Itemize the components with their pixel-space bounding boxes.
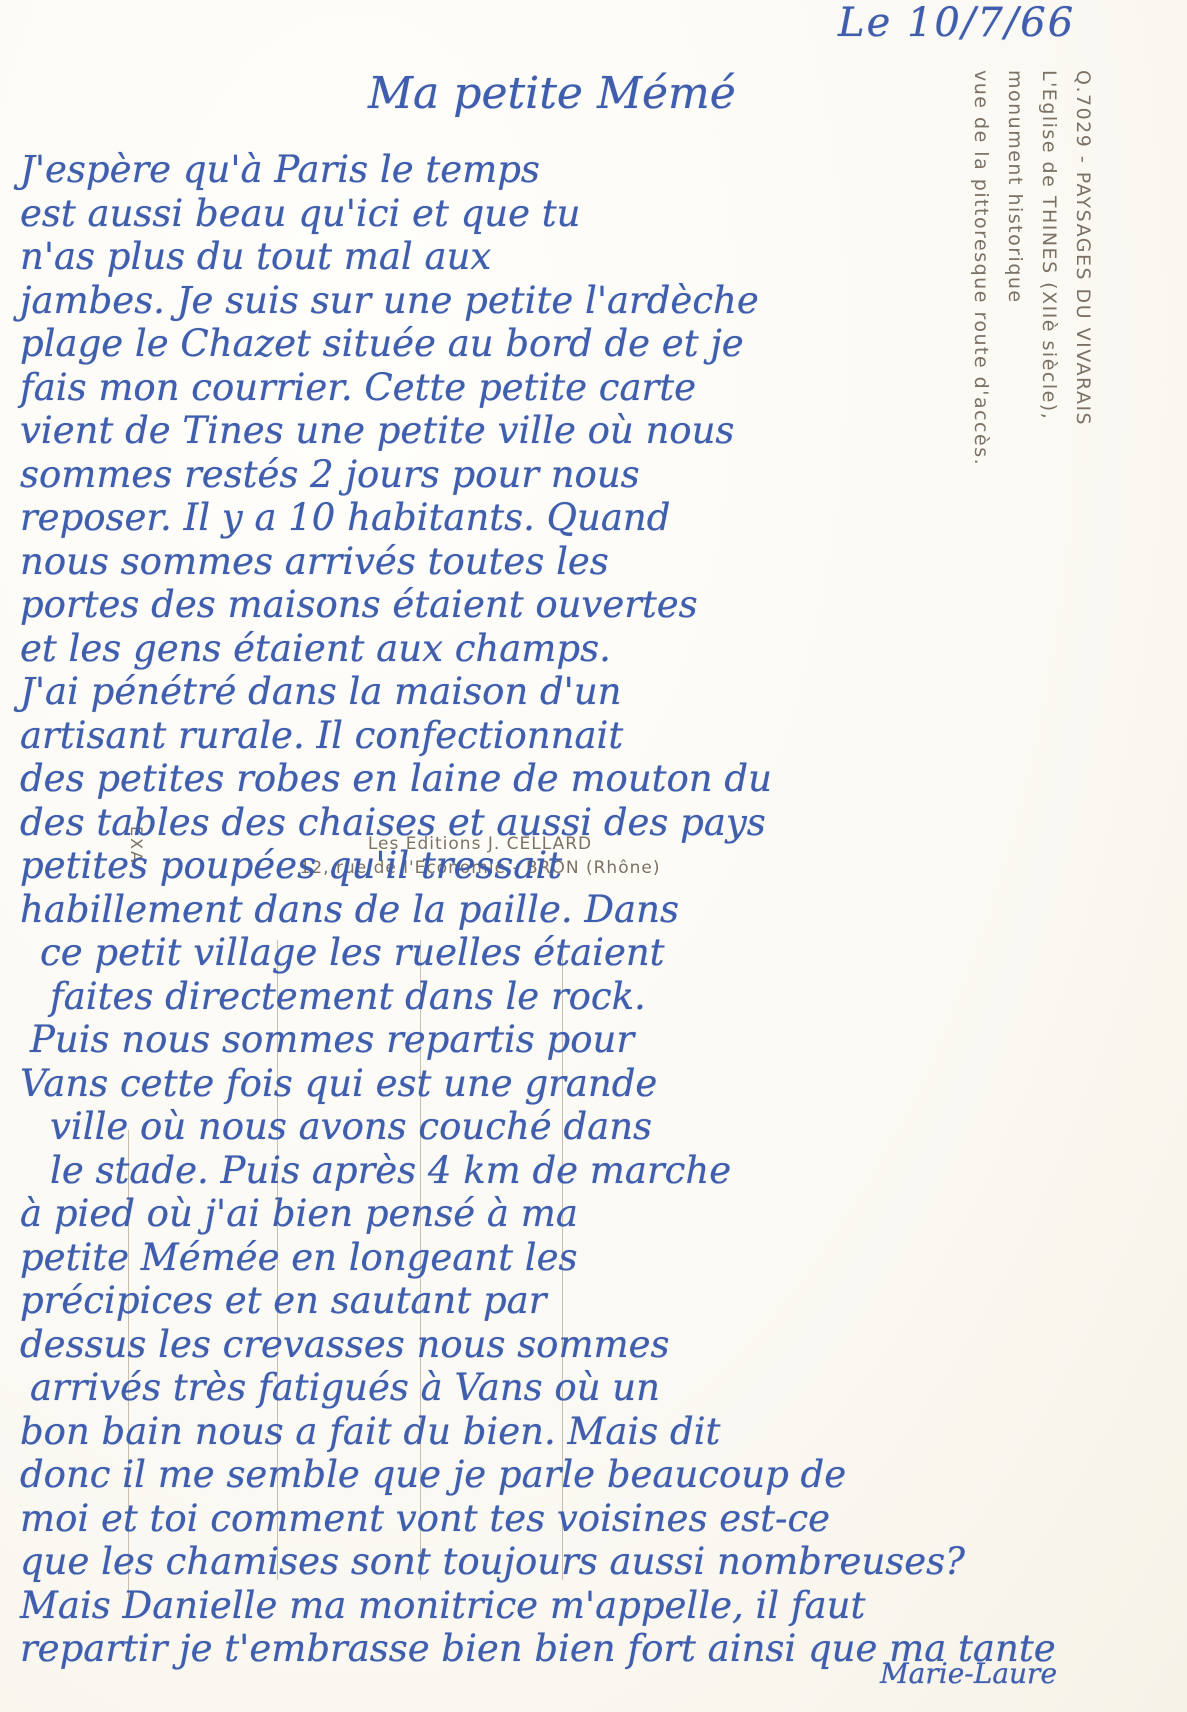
body-line: reposer. Il y a 10 habitants. Quand — [20, 496, 670, 539]
body-line: petites poupées qu'il tressait — [20, 844, 562, 887]
body-line: vient de Tines une petite ville où nous — [20, 409, 734, 452]
body-line: Puis nous sommes repartis pour — [30, 1018, 634, 1061]
body-line: que les chamises sont toujours aussi nom… — [20, 1540, 965, 1583]
signature: Marie-Laure — [880, 1657, 1057, 1690]
body-line: Mais Danielle ma monitrice m'appelle, il… — [20, 1584, 865, 1627]
body-line: et les gens étaient aux champs. — [20, 627, 611, 670]
caption-line: monument historique — [998, 70, 1032, 590]
body-line: J'ai pénétré dans la maison d'un — [20, 670, 622, 713]
body-line: précipices et en sautant par — [20, 1279, 546, 1322]
body-line: le stade. Puis après 4 km de marche — [50, 1149, 731, 1192]
body-line: dessus les crevasses nous sommes — [20, 1323, 670, 1366]
body-line: ville où nous avons couché dans — [50, 1105, 652, 1148]
body-line: portes des maisons étaient ouvertes — [20, 583, 698, 626]
body-line: ce petit village les ruelles étaient — [40, 931, 665, 974]
body-line: arrivés très fatigués à Vans où un — [30, 1366, 660, 1409]
body-line: des tables des chaises et aussi des pays — [20, 801, 766, 844]
caption-line: Q.7029 - PAYSAGES DU VIVARAIS — [1066, 70, 1100, 590]
body-line: n'as plus du tout mal aux — [20, 235, 491, 278]
body-line: donc il me semble que je parle beaucoup … — [20, 1453, 846, 1496]
body-line: Vans cette fois qui est une grande — [20, 1062, 657, 1105]
postcard: Q.7029 - PAYSAGES DU VIVARAIS L'Eglise d… — [0, 0, 1187, 1712]
body-line: faites directement dans le rock. — [50, 975, 646, 1018]
body-line: moi et toi comment vont tes voisines est… — [20, 1497, 830, 1540]
caption-line: vue de la pittoresque route d'accès. — [964, 70, 998, 590]
salutation: Ma petite Mémé — [368, 68, 736, 119]
body-line: des petites robes en laine de mouton du — [20, 757, 772, 800]
printed-caption: Q.7029 - PAYSAGES DU VIVARAIS L'Eglise d… — [950, 70, 1100, 590]
body-line: sommes restés 2 jours pour nous — [20, 453, 640, 496]
caption-line: L'Eglise de THINES (XIIè siècle), — [1032, 70, 1066, 590]
body-line: à pied où j'ai bien pensé à ma — [20, 1192, 578, 1235]
body-line: est aussi beau qu'ici et que tu — [20, 192, 580, 235]
body-line: artisant rurale. Il confectionnait — [20, 714, 623, 757]
body-line: bon bain nous a fait du bien. Mais dit — [20, 1410, 720, 1453]
body-line: petite Mémée en longeant les — [20, 1236, 577, 1279]
body-line: habillement dans de la paille. Dans — [20, 888, 679, 931]
handwritten-date: Le 10/7/66 — [838, 0, 1075, 46]
body-line: plage le Chazet située au bord de et je — [20, 322, 744, 365]
body-line: J'espère qu'à Paris le temps — [20, 148, 540, 191]
body-line: nous sommes arrivés toutes les — [20, 540, 609, 583]
body-line: jambes. Je suis sur une petite l'ardèche — [20, 279, 759, 322]
body-line: fais mon courrier. Cette petite carte — [20, 366, 696, 409]
